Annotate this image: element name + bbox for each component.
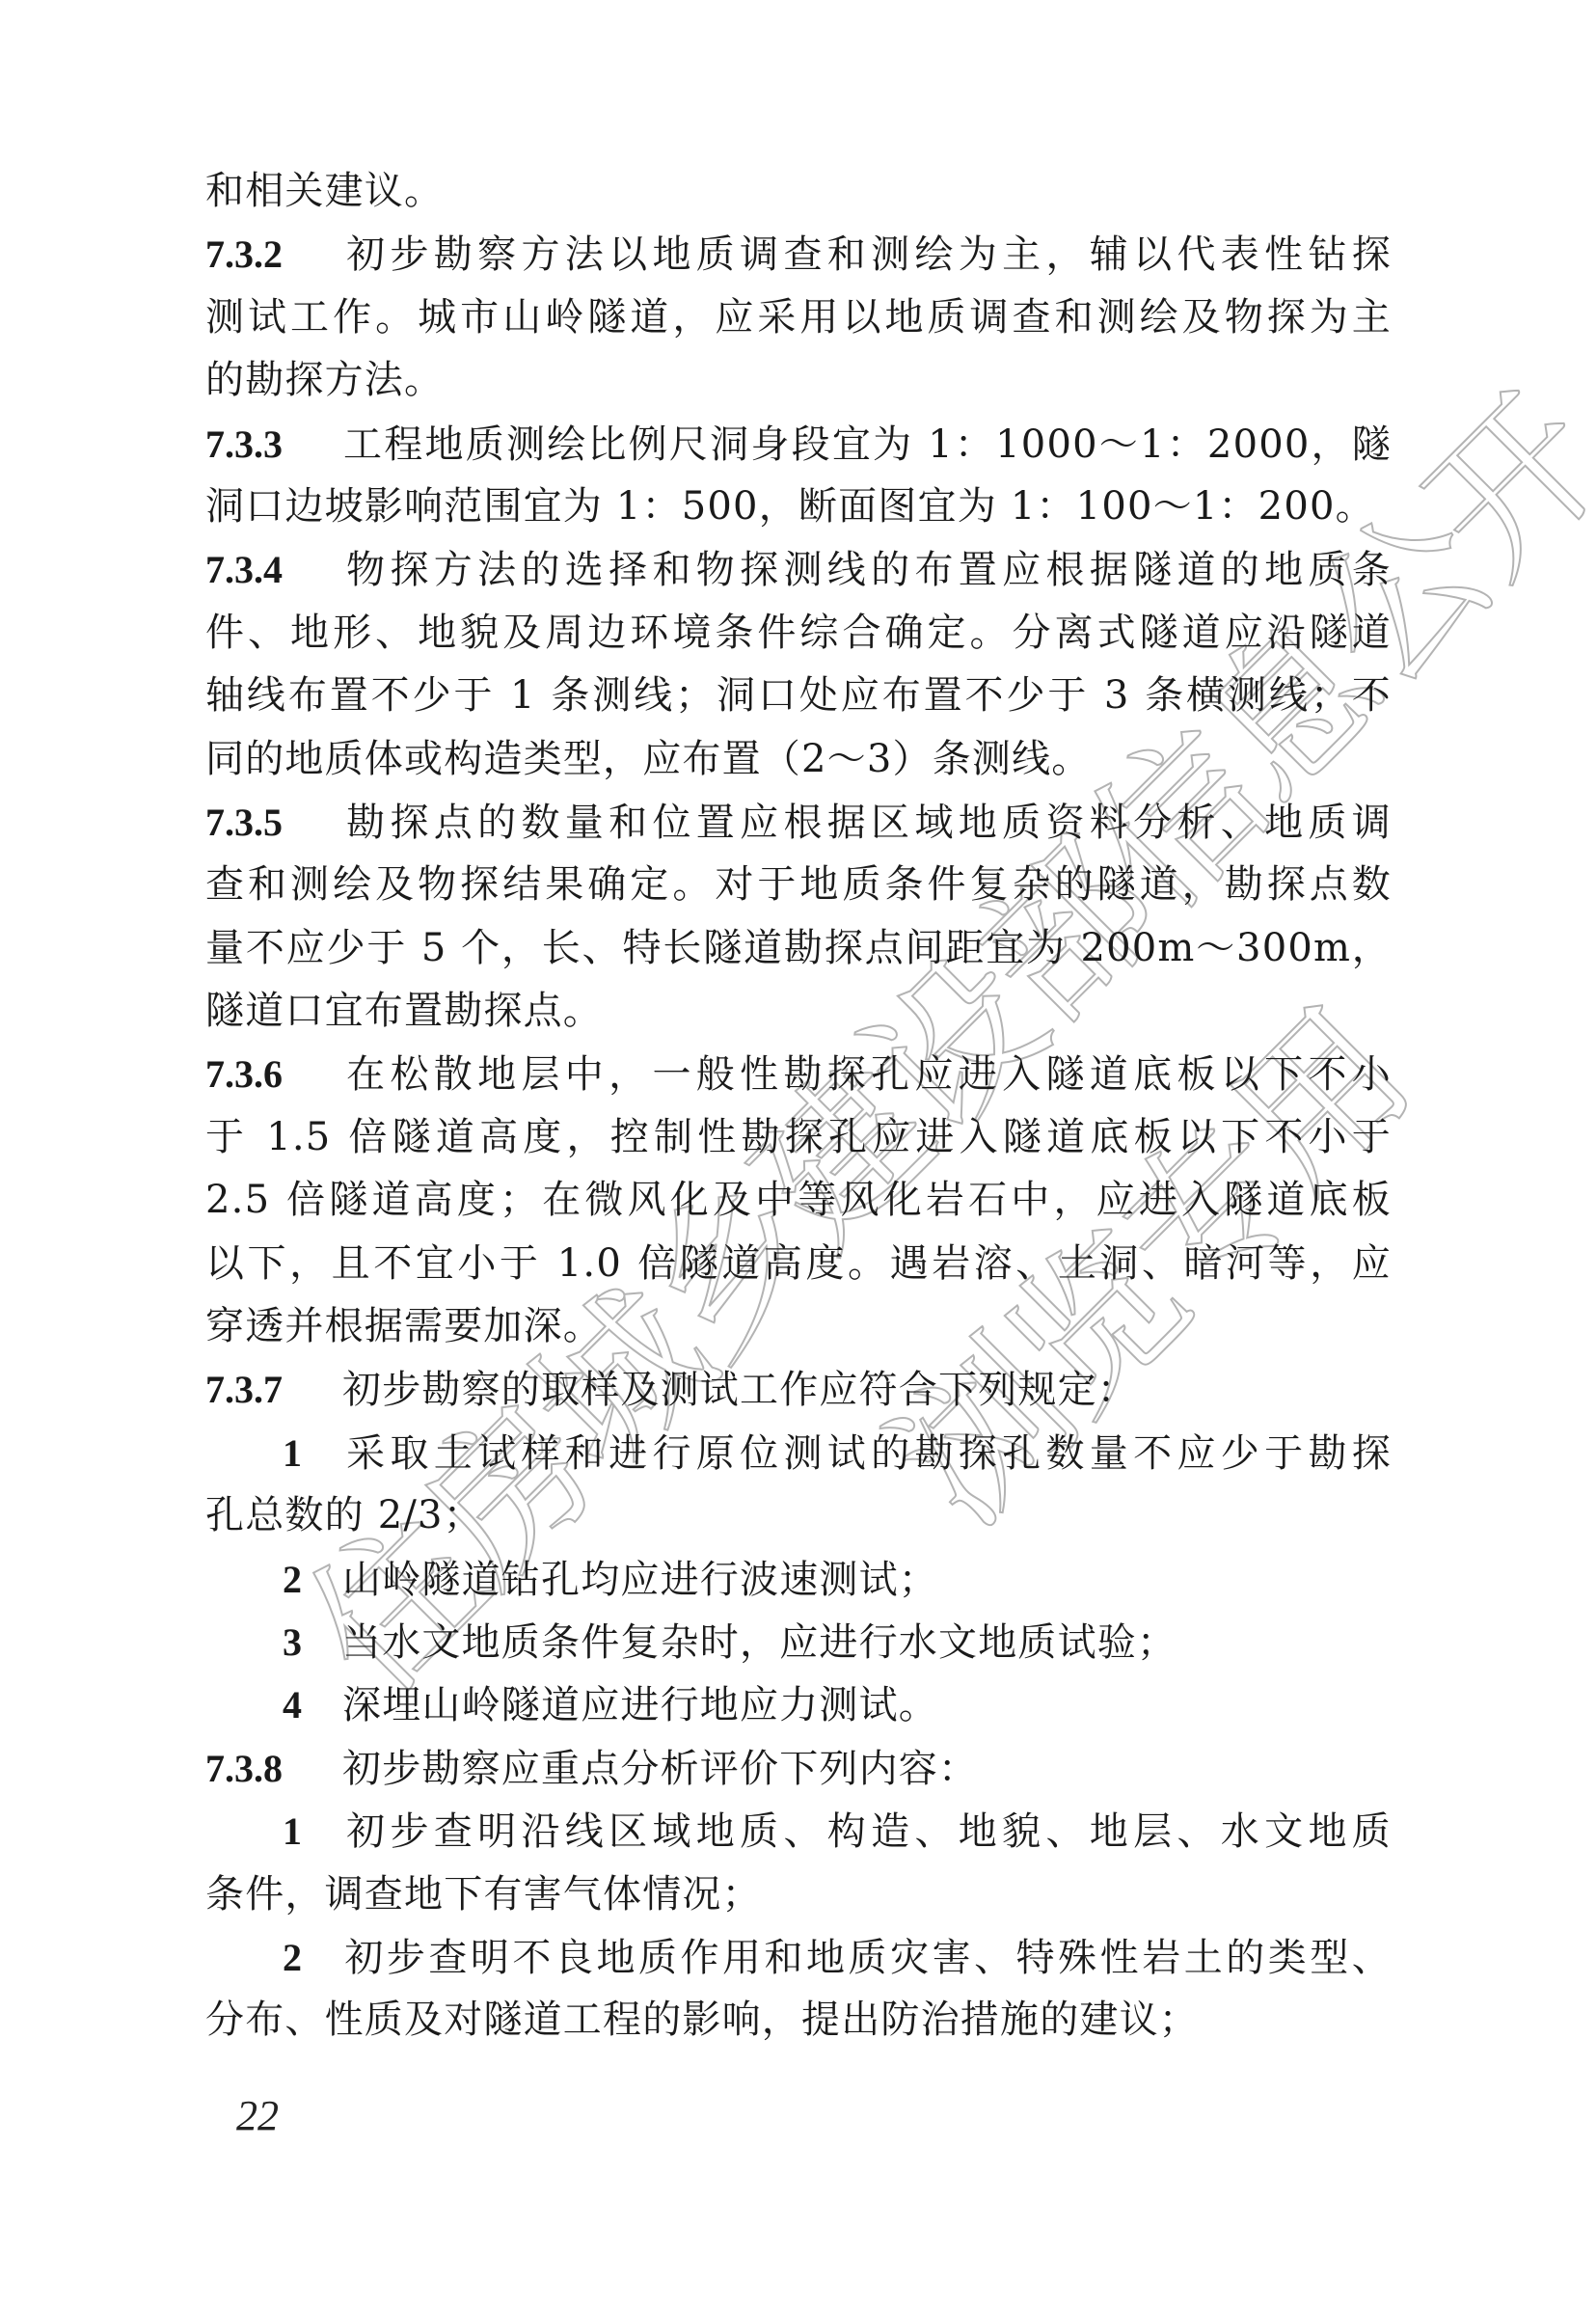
text-line: 穿透并根据需要加深。 bbox=[205, 1295, 1392, 1358]
clause-number: 7.3.2 bbox=[205, 223, 342, 285]
clause-number: 7.3.6 bbox=[205, 1043, 342, 1105]
text-line: 查和测绘及物探结果确定。对于地质条件复杂的隧道，勘探点数 bbox=[205, 854, 1392, 916]
item-line: 2山岭隧道钻孔均应进行波速测试； bbox=[205, 1548, 1392, 1611]
item-line: 4深埋山岭隧道应进行地应力测试。 bbox=[205, 1673, 1392, 1736]
line-text: 孔总数的 2/3； bbox=[205, 1493, 483, 1537]
line-text: 条件，调查地下有害气体情况； bbox=[205, 1872, 762, 1917]
item-line: 3当水文地质条件复杂时，应进行水文地质试验； bbox=[205, 1611, 1392, 1673]
text-line: 条件，调查地下有害气体情况； bbox=[205, 1863, 1392, 1926]
text-line: 于 1.5 倍隧道高度，控制性勘探孔应进入隧道底板以下不小于 bbox=[205, 1106, 1392, 1169]
clause-line: 7.3.6在松散地层中，一般性勘探孔应进入隧道底板以下不小 bbox=[205, 1043, 1392, 1105]
line-text: 测试工作。城市山岭隧道，应采用以地质调查和测绘及物探为主 bbox=[205, 295, 1392, 340]
line-text: 2.5 倍隧道高度；在微风化及中等风化岩石中，应进入隧道底板 bbox=[205, 1178, 1392, 1222]
page-number: 22 bbox=[236, 2091, 279, 2140]
line-text: 于 1.5 倍隧道高度，控制性勘探孔应进入隧道底板以下不小于 bbox=[205, 1115, 1392, 1159]
body-text: 和相关建议。7.3.2初步勘察方法以地质调查和测绘为主，辅以代表性钻探测试工作。… bbox=[205, 160, 1392, 2053]
item-number: 1 bbox=[283, 1800, 342, 1862]
clause-line: 7.3.5勘探点的数量和位置应根据区域地质资料分析、地质调 bbox=[205, 791, 1392, 854]
clause-number: 7.3.3 bbox=[205, 413, 342, 476]
line-text: 当水文地质条件复杂时，应进行水文地质试验； bbox=[342, 1620, 1177, 1665]
clause-line: 7.3.7初步勘察的取样及测试工作应符合下列规定： bbox=[205, 1358, 1392, 1421]
clause-line: 7.3.8初步勘察应重点分析评价下列内容： bbox=[205, 1737, 1392, 1800]
text-line: 以下，且不宜小于 1.0 倍隧道高度。遇岩溶、土洞、暗河等，应 bbox=[205, 1233, 1392, 1295]
line-text: 初步查明沿线区域地质、构造、地貌、地层、水文地质 bbox=[342, 1809, 1392, 1854]
text-line: 测试工作。城市山岭隧道，应采用以地质调查和测绘及物探为主 bbox=[205, 286, 1392, 349]
line-text: 山岭隧道钻孔均应进行波速测试； bbox=[342, 1558, 938, 1602]
line-text: 量不应少于 5 个，长、特长隧道勘探点间距宜为 200m～300m， bbox=[205, 926, 1392, 970]
text-line: 2.5 倍隧道高度；在微风化及中等风化岩石中，应进入隧道底板 bbox=[205, 1169, 1392, 1232]
text-line: 隧道口宜布置勘探点。 bbox=[205, 980, 1392, 1043]
text-line: 分布、性质及对隧道工程的影响，提出防治措施的建议； bbox=[205, 1989, 1392, 2052]
item-line: 1采取土试样和进行原位测试的勘探孔数量不应少于勘探 bbox=[205, 1422, 1392, 1484]
item-number: 1 bbox=[283, 1422, 342, 1484]
line-text: 件、地形、地貌及周边环境条件综合确定。分离式隧道应沿隧道 bbox=[205, 611, 1392, 655]
line-text: 深埋山岭隧道应进行地应力测试。 bbox=[342, 1683, 938, 1727]
line-text: 洞口边坡影响范围宜为 1：500，断面图宜为 1：100～1：200。 bbox=[205, 484, 1375, 529]
line-text: 工程地质测绘比例尺洞身段宜为 1：1000～1：2000，隧 bbox=[342, 422, 1392, 467]
document-page: 住房城乡建设部信息公开 浏览专用 和相关建议。7.3.2初步勘察方法以地质调查和… bbox=[0, 0, 1596, 2311]
line-text: 在松散地层中，一般性勘探孔应进入隧道底板以下不小 bbox=[342, 1052, 1392, 1097]
text-line: 孔总数的 2/3； bbox=[205, 1484, 1392, 1547]
item-line: 2初步查明不良地质作用和地质灾害、特殊性岩土的类型、 bbox=[205, 1926, 1392, 1989]
text-line: 和相关建议。 bbox=[205, 160, 1392, 223]
text-line: 同的地质体或构造类型，应布置（2～3）条测线。 bbox=[205, 728, 1392, 791]
clause-line: 7.3.2初步勘察方法以地质调查和测绘为主，辅以代表性钻探 bbox=[205, 223, 1392, 285]
clause-line: 7.3.4物探方法的选择和物探测线的布置应根据隧道的地质条 bbox=[205, 538, 1392, 601]
line-text: 初步勘察方法以地质调查和测绘为主，辅以代表性钻探 bbox=[342, 232, 1392, 277]
item-number: 2 bbox=[283, 1926, 342, 1989]
line-text: 的勘探方法。 bbox=[205, 358, 444, 402]
clause-number: 7.3.7 bbox=[205, 1358, 342, 1421]
line-text: 以下，且不宜小于 1.0 倍隧道高度。遇岩溶、土洞、暗河等，应 bbox=[205, 1241, 1392, 1286]
item-number: 4 bbox=[283, 1673, 342, 1736]
line-text: 初步勘察应重点分析评价下列内容： bbox=[342, 1747, 978, 1791]
line-text: 勘探点的数量和位置应根据区域地质资料分析、地质调 bbox=[342, 801, 1392, 845]
line-text: 同的地质体或构造类型，应布置（2～3）条测线。 bbox=[205, 737, 1092, 781]
item-number: 3 bbox=[283, 1611, 342, 1673]
line-text: 采取土试样和进行原位测试的勘探孔数量不应少于勘探 bbox=[342, 1431, 1392, 1476]
clause-number: 7.3.4 bbox=[205, 538, 342, 601]
line-text: 隧道口宜布置勘探点。 bbox=[205, 989, 603, 1033]
text-line: 洞口边坡影响范围宜为 1：500，断面图宜为 1：100～1：200。 bbox=[205, 476, 1392, 538]
clause-number: 7.3.8 bbox=[205, 1737, 342, 1800]
line-text: 初步查明不良地质作用和地质灾害、特殊性岩土的类型、 bbox=[342, 1936, 1392, 1980]
text-line: 件、地形、地貌及周边环境条件综合确定。分离式隧道应沿隧道 bbox=[205, 602, 1392, 665]
item-number: 2 bbox=[283, 1548, 342, 1611]
text-line: 量不应少于 5 个，长、特长隧道勘探点间距宜为 200m～300m， bbox=[205, 917, 1392, 980]
clause-number: 7.3.5 bbox=[205, 791, 342, 854]
line-text: 初步勘察的取样及测试工作应符合下列规定： bbox=[342, 1368, 1137, 1412]
text-line: 轴线布置不少于 1 条测线；洞口处应布置不少于 3 条横测线；不 bbox=[205, 665, 1392, 727]
line-text: 分布、性质及对隧道工程的影响，提出防治措施的建议； bbox=[205, 1998, 1199, 2042]
text-line: 的勘探方法。 bbox=[205, 349, 1392, 412]
line-text: 和相关建议。 bbox=[205, 169, 444, 213]
line-text: 物探方法的选择和物探测线的布置应根据隧道的地质条 bbox=[342, 548, 1392, 592]
line-text: 穿透并根据需要加深。 bbox=[205, 1304, 603, 1348]
clause-line: 7.3.3工程地质测绘比例尺洞身段宜为 1：1000～1：2000，隧 bbox=[205, 413, 1392, 476]
line-text: 轴线布置不少于 1 条测线；洞口处应布置不少于 3 条横测线；不 bbox=[205, 673, 1392, 718]
item-line: 1初步查明沿线区域地质、构造、地貌、地层、水文地质 bbox=[205, 1800, 1392, 1862]
line-text: 查和测绘及物探结果确定。对于地质条件复杂的隧道，勘探点数 bbox=[205, 862, 1392, 907]
